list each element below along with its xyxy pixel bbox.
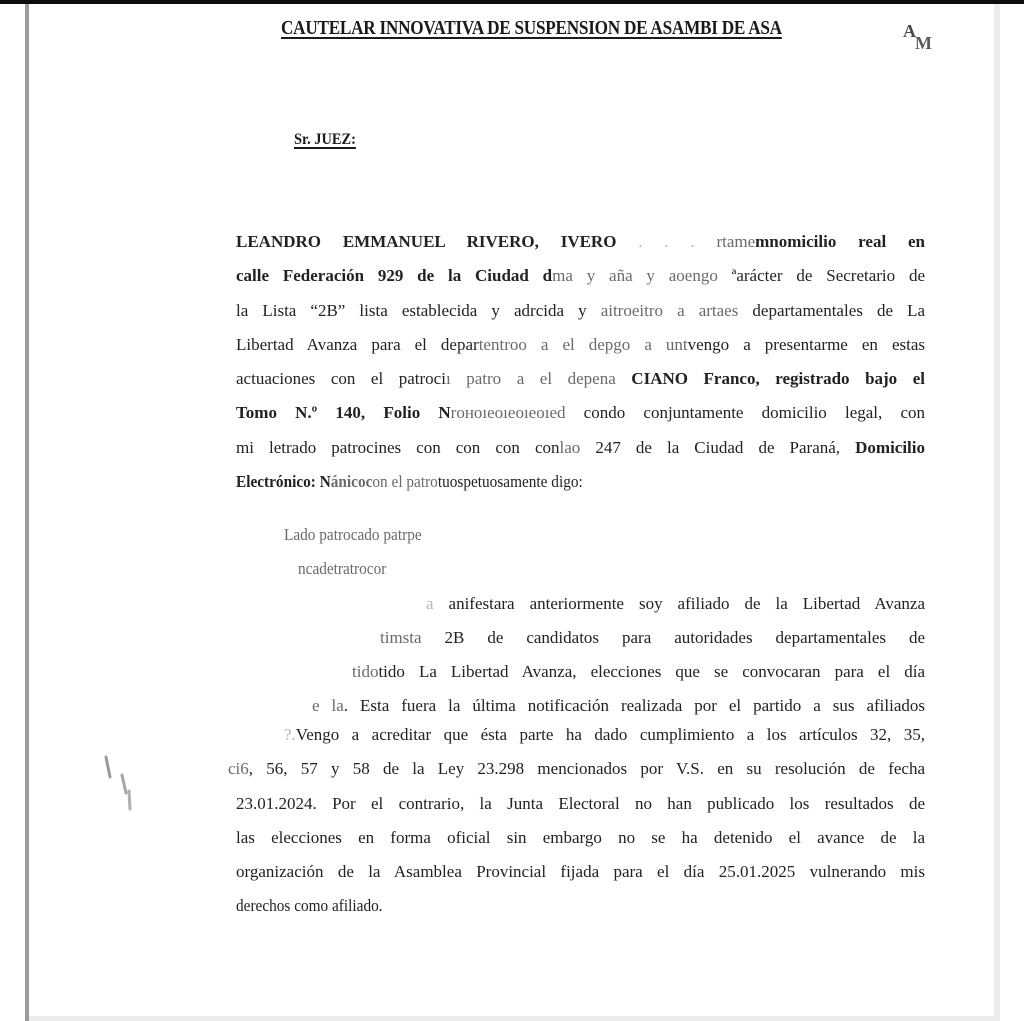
text-line: actuaciones con el patrociı patro a el d… — [236, 362, 925, 396]
text-line: mi letrado patrocines con con con conlao… — [236, 431, 925, 465]
watermark-letter-bottom: M — [915, 33, 928, 53]
watermark-letter-top: A — [903, 21, 912, 41]
text-segment: CIANO Franco, registrado bajo el — [631, 369, 925, 388]
text-segment: la Lista “2B” lista establecida y adrcid… — [236, 301, 601, 320]
document-title: CAUTELAR INNOVATIVA DE SUSPENSION DE ASA… — [281, 17, 782, 40]
text-segment: departamentales de La — [738, 301, 925, 320]
text-segment: ?. — [284, 725, 296, 744]
text-segment: on el patro — [372, 472, 437, 491]
text-segment: vengo a presentarme en estas — [688, 335, 925, 354]
text-segment: tentroo a el depgo a unt — [479, 335, 688, 354]
text-segment: LEANDRO EMMANUEL RIVERO, IVERO — [236, 232, 616, 251]
page-right-edge — [994, 4, 1000, 1021]
text-segment: e la — [312, 696, 344, 715]
text-segment: Lado patrocado patrpe — [284, 525, 422, 544]
text-segment: 2B de candidatos para autoridades depart… — [422, 628, 925, 647]
text-segment: a — [608, 369, 631, 388]
text-segment: organización de la Asamblea Provincial f… — [236, 862, 925, 881]
text-line: organización de la Asamblea Provincial f… — [236, 855, 925, 889]
text-segment: 247 de la Ciudad de Paraná, — [580, 438, 855, 457]
text-segment: actuaciones con el patroci — [236, 369, 446, 388]
text-segment: anifestara anteriormente soy afiliado de… — [449, 594, 925, 613]
text-segment: , 56, 57 y 58 de la Ley 23.298 mencionad… — [249, 759, 925, 778]
text-segment: a — [426, 594, 449, 613]
text-line: ci6, 56, 57 y 58 de la Ley 23.298 mencio… — [228, 752, 925, 786]
text-line: Libertad Avanza para el departentroo a e… — [236, 328, 925, 362]
text-segment: tuospetuosamente digo: — [438, 472, 583, 491]
text-line: calle Federación 929 de la Ciudad dma y … — [236, 259, 925, 293]
text-segment: . . . — [616, 232, 716, 251]
text-line: Tomo N.º 140, Folio Nroноıeoıeoıeoıed co… — [236, 396, 925, 430]
page-bottom-edge — [29, 1016, 1000, 1021]
text-segment: Libertad Avanza para el depar — [236, 335, 479, 354]
text-line: ncadetratrocor — [298, 552, 386, 586]
page-left-edge — [25, 4, 29, 1021]
text-segment: aitroeitro a artaes — [601, 301, 739, 320]
text-segment: . Esta fuera la última notificación real… — [344, 696, 925, 715]
watermark-logo: AM — [903, 22, 925, 40]
text-segment: ánicoc — [331, 472, 373, 491]
text-line: 23.01.2024. Por el contrario, la Junta E… — [236, 787, 925, 821]
text-segment: derechos como afiliado. — [236, 896, 383, 915]
text-segment: las elecciones en forma oficial sin emba… — [236, 828, 925, 847]
text-line: ?.Vengo a acreditar que ésta parte ha da… — [284, 718, 925, 752]
text-segment: Electrónico: N — [236, 472, 331, 491]
scan-artifact-marks — [102, 755, 142, 815]
text-segment: mi letrado patrocines con con con con — [236, 438, 560, 457]
text-segment: ci6 — [228, 759, 249, 778]
paragraph-affiliation: Lado patrocado patrpencadetratrocora ani… — [236, 518, 925, 724]
text-segment: Tomo N.º 140, Folio N — [236, 403, 451, 422]
text-segment: condo conjuntamente domicilio legal, con — [566, 403, 926, 422]
text-line: Electrónico: Nánicocon el patrotuospetuo… — [236, 465, 583, 499]
text-line: tidotido La Libertad Avanza, elecciones … — [352, 655, 925, 689]
paragraph-introduction: LEANDRO EMMANUEL RIVERO, IVERO . . . rta… — [236, 225, 925, 499]
window-top-bar — [0, 0, 1024, 4]
text-segment: lao — [560, 438, 581, 457]
text-line: timsta 2B de candidatos para autoridades… — [380, 621, 925, 655]
text-segment: mnomicilio real en — [755, 232, 925, 251]
text-segment: timsta — [380, 628, 422, 647]
text-segment: roноıeoıeoıeoıed — [451, 403, 566, 422]
text-segment: 23.01.2024. Por el contrario, la Junta E… — [236, 794, 925, 813]
text-segment: ı patro a el depen — [446, 369, 608, 388]
text-line: la Lista “2B” lista establecida y adrcid… — [236, 294, 925, 328]
text-segment: Vengo a acreditar que ésta parte ha dado… — [296, 725, 925, 744]
text-segment: tido — [352, 662, 378, 681]
text-segment: ªarácter de Secretario de — [718, 266, 925, 285]
salutation: Sr. JUEZ: — [294, 131, 356, 149]
text-line: a anifestara anteriormente soy afiliado … — [426, 587, 925, 621]
text-segment: tido La Libertad Avanza, elecciones que … — [378, 662, 925, 681]
text-line: Lado patrocado patrpe — [284, 518, 422, 552]
text-segment: ncadetratrocor — [298, 559, 386, 578]
text-segment: rtame — [716, 232, 755, 251]
text-line: derechos como afiliado. — [236, 889, 383, 923]
text-segment: calle Federación 929 de la Ciudad d — [236, 266, 552, 285]
text-line: LEANDRO EMMANUEL RIVERO, IVERO . . . rta… — [236, 225, 925, 259]
text-line: las elecciones en forma oficial sin emba… — [236, 821, 925, 855]
paragraph-compliance: ?.Vengo a acreditar que ésta parte ha da… — [236, 718, 925, 924]
text-segment: Domicilio — [855, 438, 925, 457]
text-segment: ma y aña y aoengo — [552, 266, 718, 285]
